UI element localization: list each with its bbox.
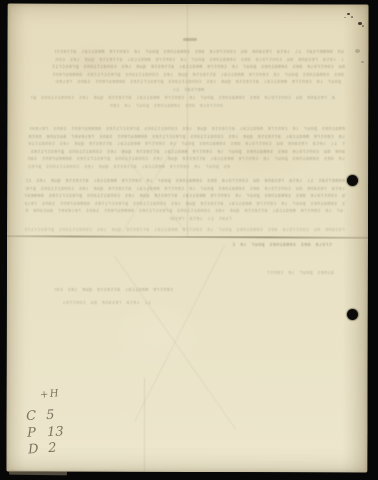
vertical-fold-crease — [144, 378, 145, 472]
bleed-line: ane du controle des semaines pour le cen… — [28, 150, 345, 155]
bleed-line: s semaines pour le centre medical attest… — [25, 202, 345, 207]
bleed-line: u controle des semaines pour le centre m… — [25, 194, 345, 199]
bleed-line: mersat il leta resane du controle des se… — [168, 88, 204, 93]
handwritten-number: 2 — [48, 441, 57, 457]
bleed-line: centre medical atteste que les condition… — [55, 288, 173, 293]
bleed-line: a resane du controle des semaines pour l… — [31, 96, 335, 101]
bleed-line: demersat il leta resane du controle des … — [26, 179, 345, 184]
ink-speck — [355, 49, 360, 53]
bleed-line: le des semaines pour le centre medical a… — [28, 157, 345, 162]
bleed-line: il leta resane du controle des semaines … — [63, 301, 151, 306]
bleed-line: resane du controle des semaines pour le … — [25, 228, 345, 233]
bleed-line: leta resane du controle des semaines pou… — [25, 187, 345, 192]
page-number-smudge — [183, 38, 197, 41]
bleed-line: du controle des semaines pour le centre … — [52, 65, 345, 70]
bleed-line: es pour le centre medical atteste que le… — [28, 165, 230, 170]
horizontal-fold-crease — [7, 235, 368, 239]
ink-speck — [347, 13, 350, 15]
scan-background: un demersat il leta resane du controle d… — [0, 0, 378, 480]
bleed-line: emaines pour le centre medical atteste q… — [30, 127, 345, 132]
bleed-line: ur le centre medical atteste que les con… — [25, 209, 343, 214]
ink-speck — [361, 61, 364, 63]
bleed-line: aines pour le centre medical atteste que… — [267, 271, 334, 276]
diagonal-crease — [114, 255, 236, 429]
ink-speck — [351, 16, 353, 18]
bleed-line: l leta resane du controle des semaines p… — [55, 58, 344, 63]
bleed-line: des semaines pour le centre medical atte… — [53, 73, 344, 78]
handwritten-letter: D — [28, 442, 44, 458]
bleed-line: trole des semaines pour le centre medica… — [232, 243, 332, 248]
bleed-line: ontrole des semaines pour le centre medi… — [110, 104, 223, 109]
bleed-line: rsat il leta resane du controle des sema… — [170, 217, 232, 222]
bleed-line: le centre medical atteste que les condit… — [28, 135, 345, 140]
page-overlay: un demersat il leta resane du controle d… — [0, 0, 378, 480]
hole-punch — [347, 175, 358, 186]
ink-speck — [362, 25, 364, 27]
bleed-line: un demersat il leta resane du controle d… — [55, 50, 344, 55]
handwritten-mark: +H — [39, 388, 60, 401]
bleed-line: pour le centre medical atteste que les c… — [55, 80, 341, 85]
ink-speck — [344, 17, 346, 18]
handwritten-row: D 2 — [27, 435, 72, 457]
bleed-line: t il leta resane du controle des semaine… — [28, 142, 345, 147]
hole-punch — [347, 309, 358, 320]
